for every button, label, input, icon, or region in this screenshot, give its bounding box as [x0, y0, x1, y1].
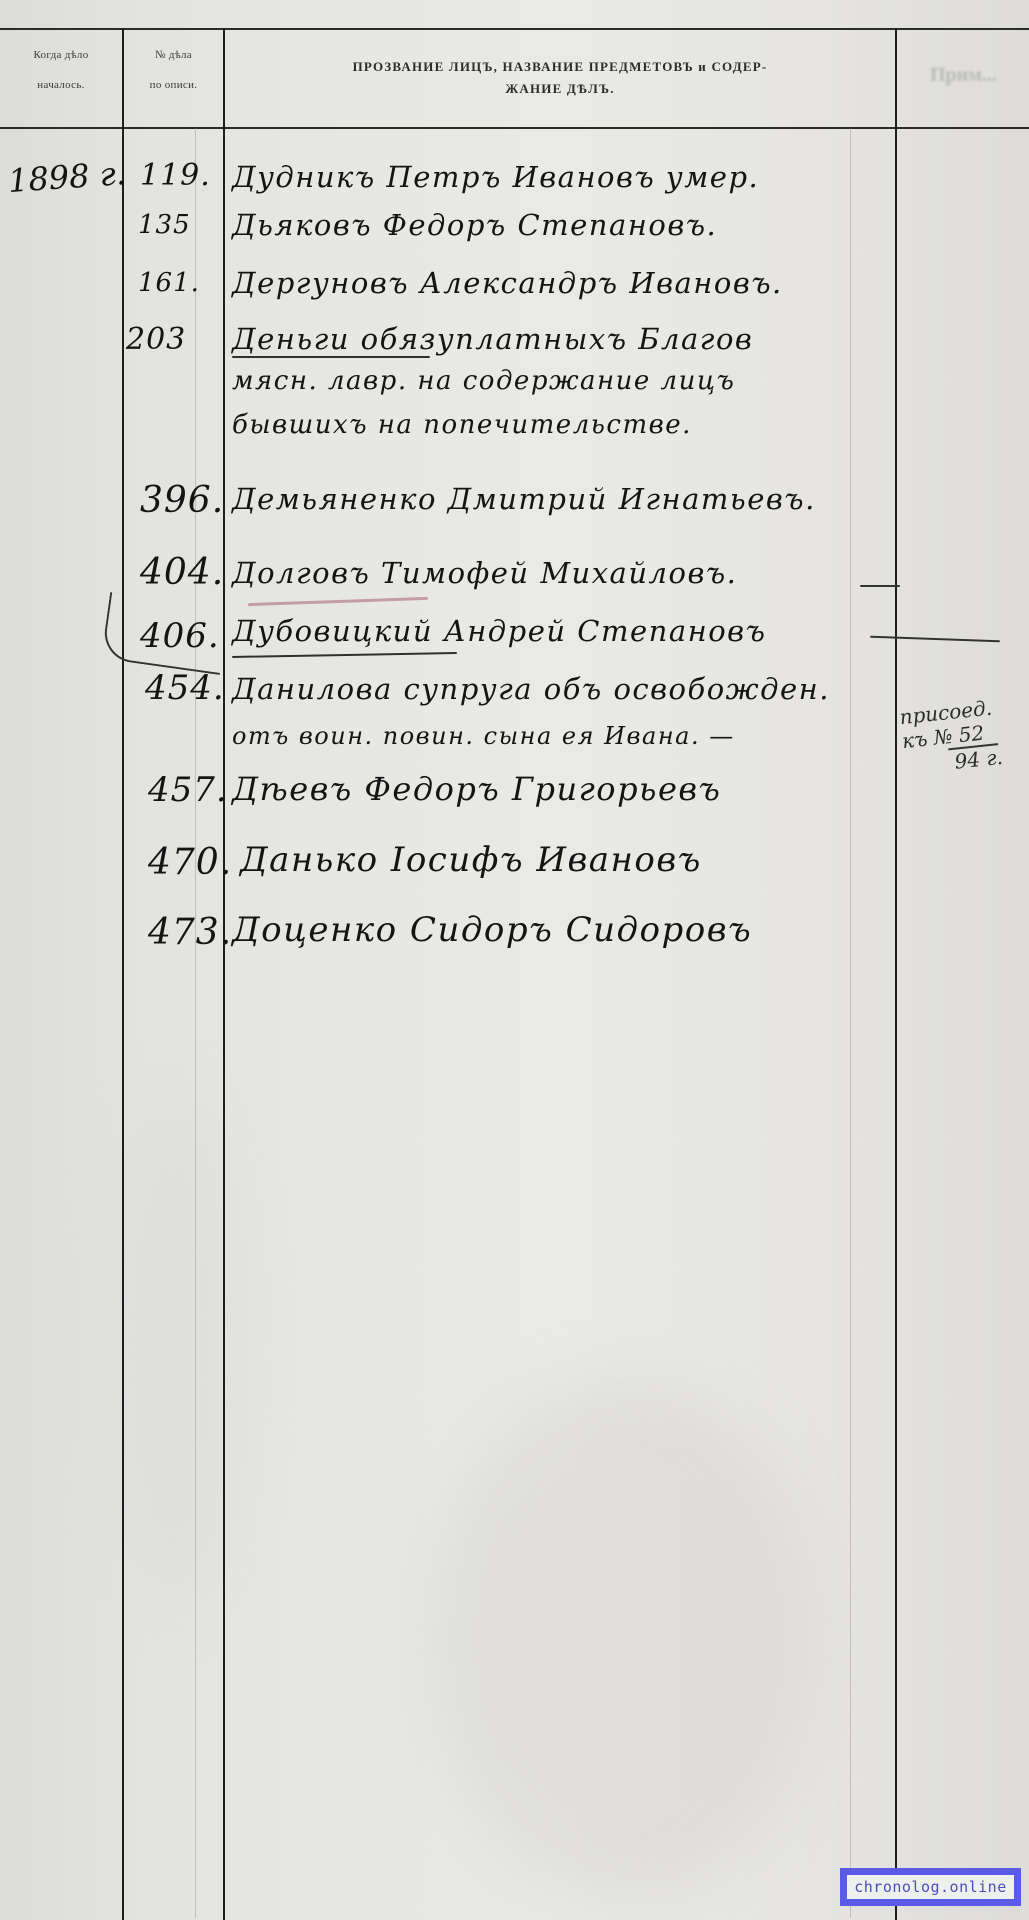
- watermark-text: chronolog.online: [847, 1875, 1014, 1899]
- header-date-line1: Когда дѣло: [0, 40, 122, 70]
- paper-stain: [430, 1380, 810, 1900]
- case-content-line2: мясн. лавр. на содержание лицъ: [232, 366, 735, 396]
- case-content: Дѣевъ Федоръ Григорьевъ: [232, 770, 721, 808]
- ink-stroke: [870, 636, 1000, 643]
- case-number: 396.: [140, 480, 224, 521]
- header-remarks-column: Прим...: [930, 64, 1029, 87]
- case-content: Дубовицкий Андрей Степановъ: [232, 614, 766, 648]
- case-number: 135: [138, 210, 191, 240]
- paper-stain: [120, 1100, 240, 1600]
- header-date-column: Когда дѣло началось.: [0, 40, 122, 100]
- faint-guide-line: [850, 128, 851, 1918]
- underline: [232, 652, 457, 658]
- case-number: 404.: [140, 552, 224, 593]
- case-content: Демьяненко Дмитрий Игнатьевъ.: [232, 482, 816, 516]
- case-number: 119.: [140, 158, 211, 193]
- case-content: Долговъ Тимофей Михайловъ.: [232, 556, 737, 590]
- case-number: 203: [126, 322, 186, 357]
- red-pencil-underline: [248, 597, 428, 606]
- case-content: Дьяковъ Федоръ Степановъ.: [232, 208, 717, 242]
- case-number: 454.: [145, 668, 225, 708]
- header-number-line2: по описи.: [124, 70, 223, 100]
- header-date-line2: началось.: [0, 70, 122, 100]
- faint-guide-line: [195, 128, 196, 1918]
- header-bottom-rule: [0, 127, 1029, 129]
- case-content-line1: Данилова супруга объ освобожден.: [232, 672, 830, 706]
- case-content-line3: бывшихъ на попечительстве.: [232, 410, 692, 440]
- year-entry: 1898 г.: [7, 154, 127, 200]
- header-content-column: ПРОЗВАНИЕ ЛИЦЪ, НАЗВАНИЕ ПРЕДМЕТОВЪ и СО…: [225, 56, 895, 100]
- case-number: 406.: [140, 616, 220, 656]
- case-content: Доценко Сидоръ Сидоровъ: [232, 910, 752, 950]
- register-page: Когда дѣло началось. № дѣла по описи. ПР…: [0, 0, 1029, 1920]
- case-content: Дергуновъ Александръ Ивановъ.: [232, 266, 783, 300]
- case-number: 473.: [148, 912, 232, 953]
- underline: [232, 356, 430, 358]
- header-top-rule: [0, 28, 1029, 30]
- header-content-line1: ПРОЗВАНИЕ ЛИЦЪ, НАЗВАНИЕ ПРЕДМЕТОВЪ и СО…: [225, 56, 895, 78]
- watermark-badge: chronolog.online: [840, 1868, 1021, 1906]
- case-content: Дудникъ Петръ Ивановъ умер.: [232, 160, 759, 194]
- case-content-line1: Деньги обязуплатныхъ Благов: [232, 322, 753, 356]
- case-number: 457.: [148, 770, 228, 810]
- margin-note-line3: 94 г.: [953, 745, 1004, 774]
- ink-stroke: [860, 585, 900, 587]
- column-divider-content: [895, 28, 897, 1920]
- header-number-column: № дѣла по описи.: [124, 40, 223, 100]
- column-divider-date: [122, 28, 124, 1920]
- margin-note: присоед. къ № 52 94 г.: [898, 695, 1003, 779]
- case-number: 161.: [138, 268, 200, 298]
- case-content: Данько Іосифъ Ивановъ: [240, 840, 702, 880]
- header-number-line1: № дѣла: [124, 40, 223, 70]
- column-divider-number: [223, 28, 225, 1920]
- case-content-line2: отъ воин. повин. сына ея Ивана. —: [232, 722, 735, 750]
- header-content-line2: ЖАНИЕ ДѢЛЪ.: [225, 78, 895, 100]
- case-number: 470.: [148, 842, 232, 883]
